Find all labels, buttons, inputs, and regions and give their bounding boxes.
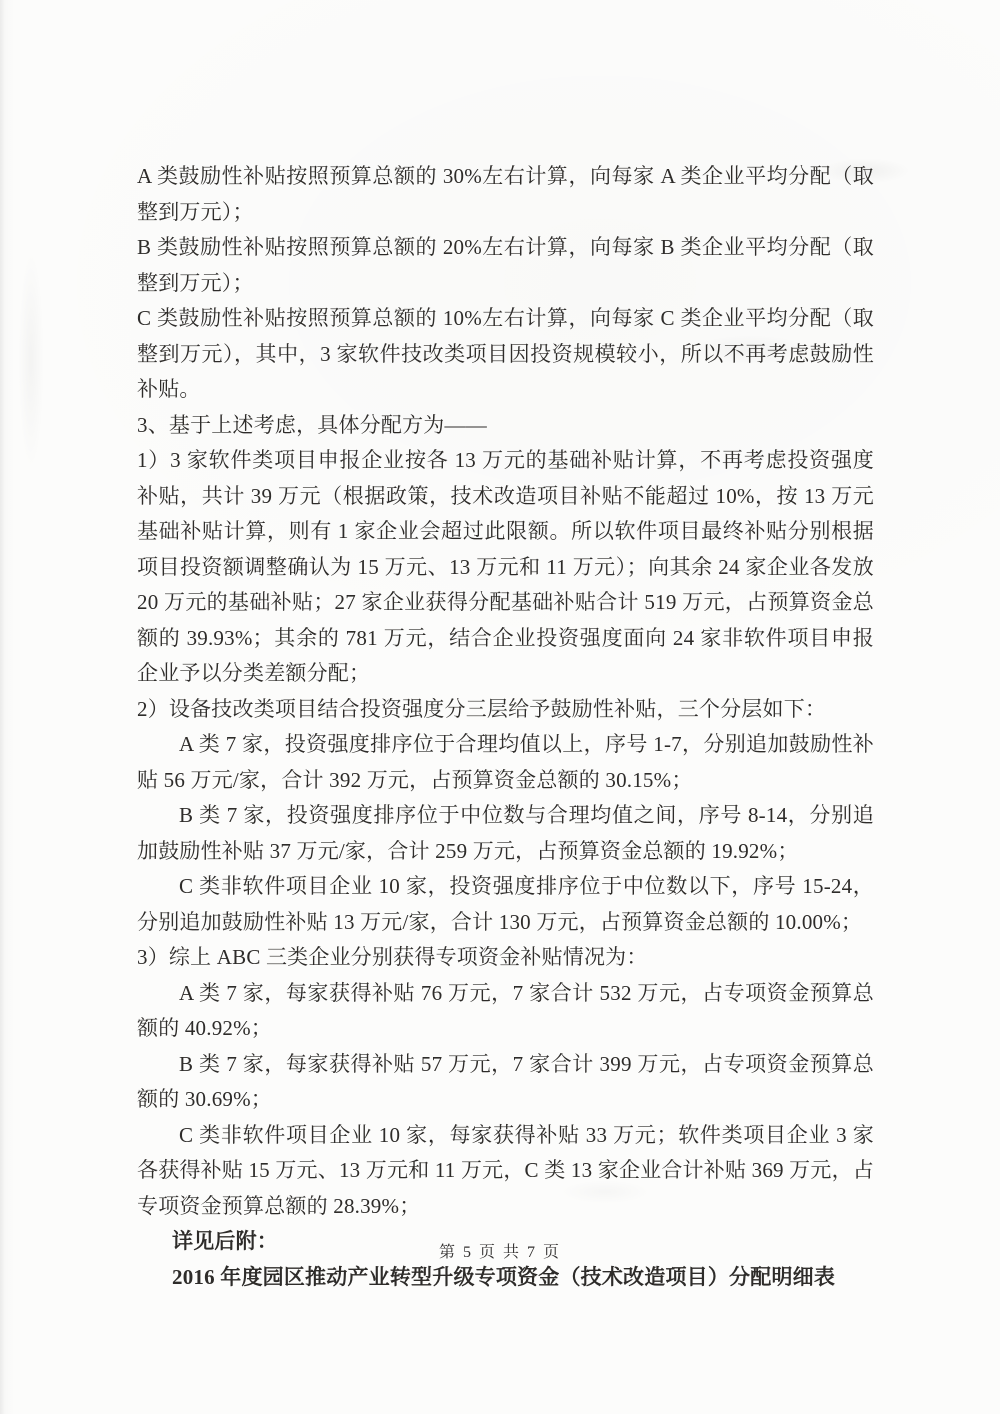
paragraph-point-3-heading: 3、基于上述考虑，具体分配方为—— (137, 408, 874, 444)
paragraph-class-b-incentive-rule: B 类鼓励性补贴按照预算总额的 20%左右计算，向每家 B 类企业平均分配（取整… (137, 230, 874, 301)
paragraph-summary-class-a: A 类 7 家，每家获得补贴 76 万元，7 家合计 532 万元，占专项资金预… (137, 976, 874, 1047)
paragraph-tier-c: C 类非软件项目企业 10 家，投资强度排序位于中位数以下，序号 15-24，分… (137, 869, 874, 940)
scanned-document-page: A 类鼓励性补贴按照预算总额的 30%左右计算，向每家 A 类企业平均分配（取整… (0, 0, 1000, 1414)
paragraph-item-3-summary-heading: 3）综上 ABC 三类企业分别获得专项资金补贴情况为： (137, 940, 874, 976)
paragraph-summary-class-b: B 类 7 家，每家获得补贴 57 万元，7 家合计 399 万元，占专项资金预… (137, 1047, 874, 1118)
paragraph-class-a-incentive-rule: A 类鼓励性补贴按照预算总额的 30%左右计算，向每家 A 类企业平均分配（取整… (137, 159, 874, 230)
paragraph-tier-a: A 类 7 家，投资强度排序位于合理均值以上，序号 1-7，分别追加鼓励性补贴 … (137, 727, 874, 798)
page-footer: 第 5 页 共 7 页 (0, 1239, 1000, 1262)
document-body: A 类鼓励性补贴按照预算总额的 30%左右计算，向每家 A 类企业平均分配（取整… (137, 159, 874, 1295)
scan-smudge (18, 250, 44, 470)
attachment-table-title: 2016 年度园区推动产业转型升级专项资金（技术改造项目）分配明细表 (137, 1260, 874, 1296)
paragraph-summary-class-c: C 类非软件项目企业 10 家，每家获得补贴 33 万元；软件类项目企业 3 家… (137, 1118, 874, 1225)
paragraph-item-2-equipment-projects: 2）设备技改类项目结合投资强度分三层给予鼓励性补贴，三个分层如下： (137, 692, 874, 728)
paragraph-item-1-software-projects: 1）3 家软件类项目申报企业按各 13 万元的基础补贴计算，不再考虑投资强度补贴… (137, 443, 874, 692)
paragraph-class-c-incentive-rule: C 类鼓励性补贴按照预算总额的 10%左右计算，向每家 C 类企业平均分配（取整… (137, 301, 874, 408)
paragraph-tier-b: B 类 7 家，投资强度排序位于中位数与合理均值之间，序号 8-14，分别追加鼓… (137, 798, 874, 869)
